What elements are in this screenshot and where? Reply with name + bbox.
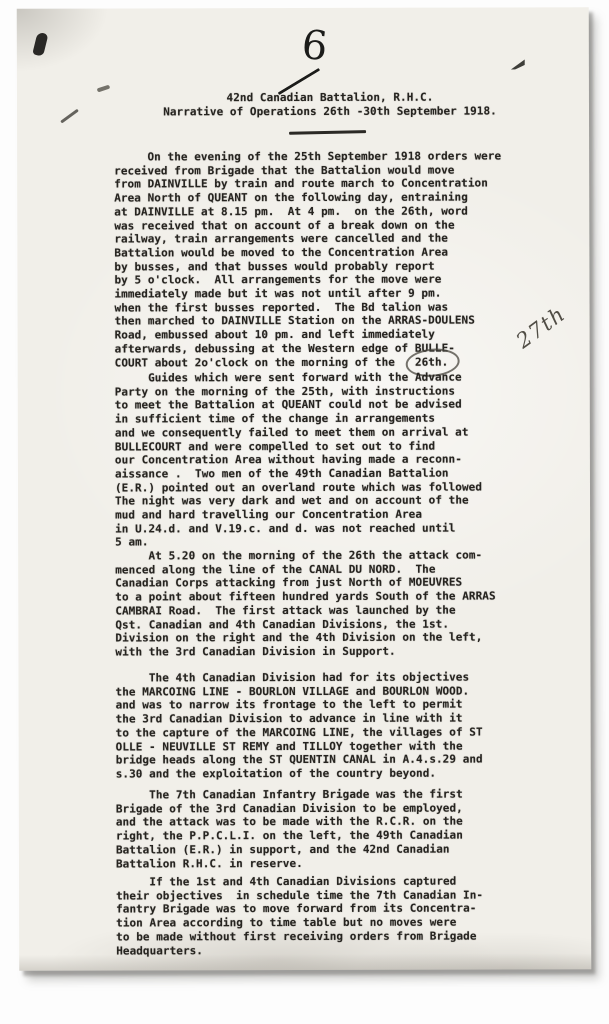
title-line-1: 42nd Canadian Battalion, R.H.C.	[44, 90, 609, 105]
paragraph-3: At 5.20 on the morning of the 26th the a…	[115, 548, 496, 659]
paragraph-1-last-line-text: COURT about 2o'clock on the morning of t…	[115, 356, 415, 370]
paragraph-5: The 7th Canadian Infantry Brigade was th…	[116, 788, 463, 871]
paragraph-1-last-line: COURT about 2o'clock on the morning of t…	[115, 356, 449, 371]
handwritten-page-number: 6	[300, 25, 329, 67]
margin-date-annotation: 27th	[512, 302, 570, 354]
pen-tick-mark	[511, 59, 525, 69]
scan-background: 6 42nd Canadian Battalion, R.H.C. Narrat…	[0, 0, 609, 1024]
document-page: 6 42nd Canadian Battalion, R.H.C. Narrat…	[17, 7, 592, 970]
paragraph-4: The 4th Canadian Division had for its ob…	[115, 671, 482, 782]
title-divider-rule	[289, 130, 366, 135]
ink-smudge-mark	[32, 32, 48, 57]
paragraph-6: If the 1st and 4th Canadian Divisions ca…	[116, 875, 483, 958]
circled-date: 26th.	[415, 356, 448, 370]
document-title: 42nd Canadian Battalion, R.H.C. Narrativ…	[44, 90, 609, 119]
paragraph-1: On the evening of the 25th September 191…	[114, 149, 502, 356]
paragraph-2: Guides which were sent forward with the …	[115, 371, 482, 550]
title-line-2: Narrative of Operations 26th -30th Septe…	[44, 104, 609, 119]
